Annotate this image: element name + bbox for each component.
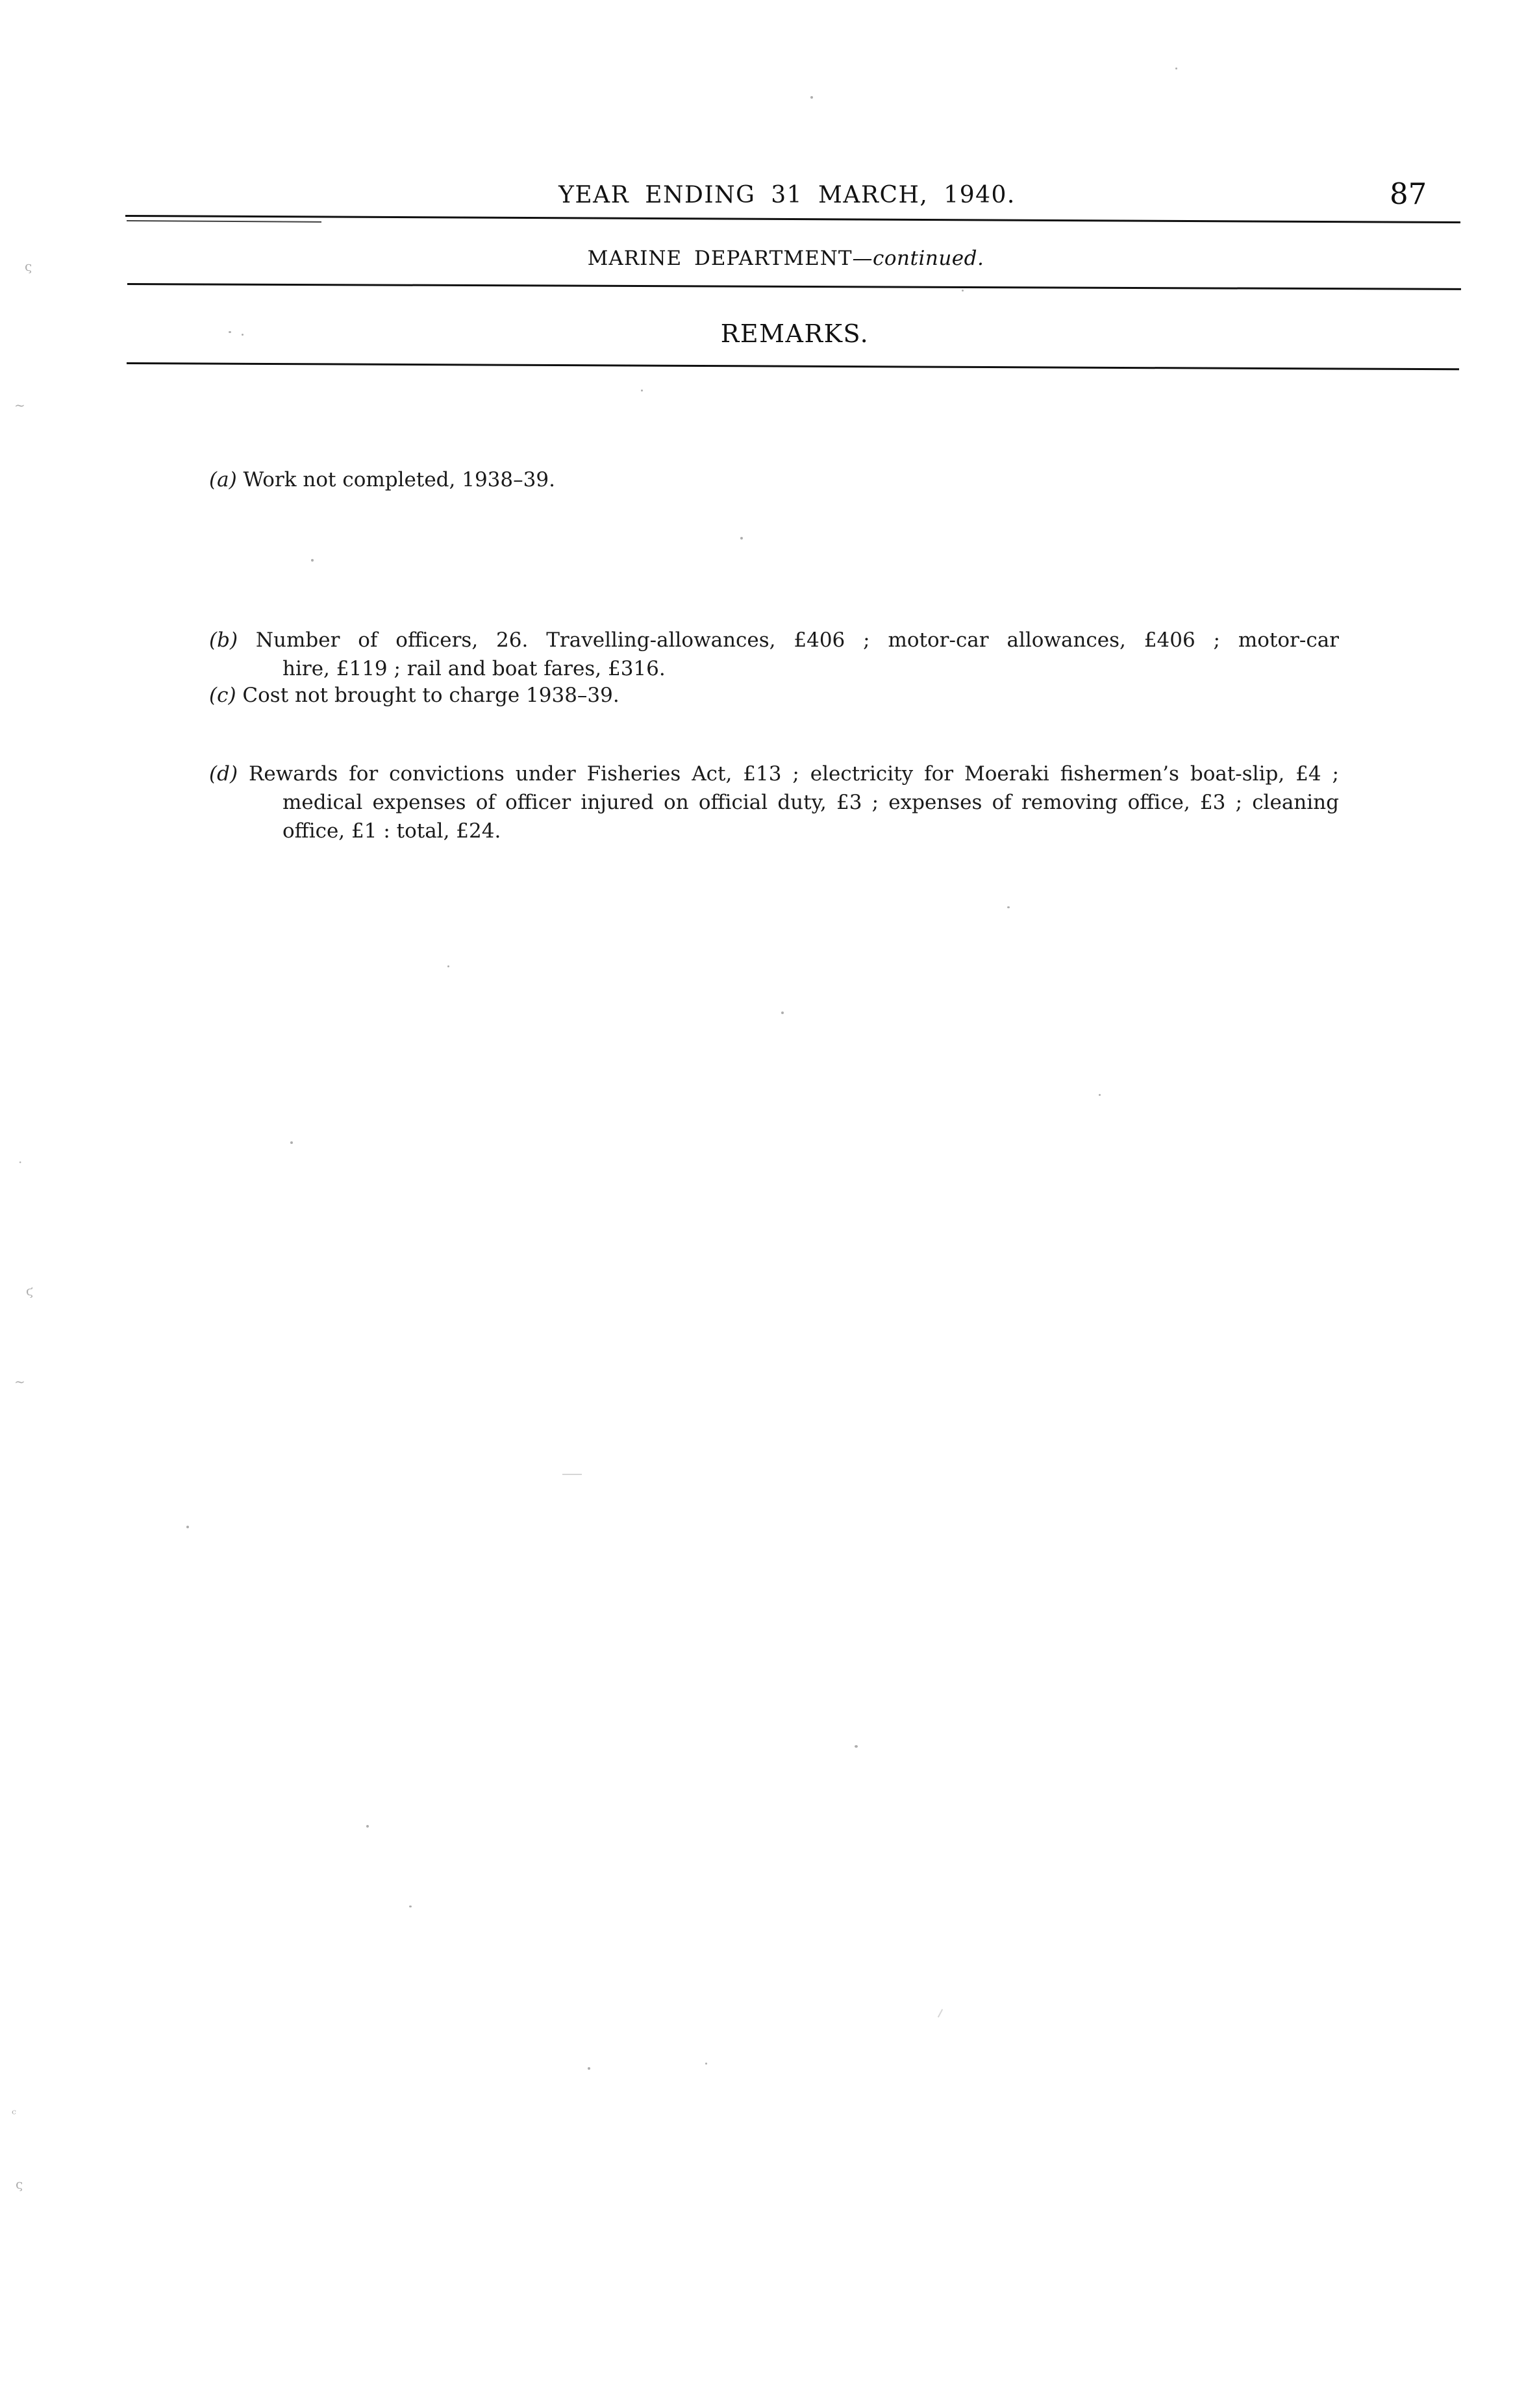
divider-rule-top-echo bbox=[127, 220, 321, 223]
remark-d: (d) Rewards for convictions under Fisher… bbox=[209, 760, 1339, 845]
section-heading: REMARKS. bbox=[64, 319, 1526, 348]
department-heading-text: MARINE DEPARTMENT bbox=[588, 247, 853, 270]
remark-b-label: (b) bbox=[209, 628, 238, 652]
document-page: YEAR ENDING 31 MARCH, 1940. 87 MARINE DE… bbox=[0, 0, 1526, 2408]
remark-a-line-1: (a) Work not completed, 1938–39. bbox=[209, 465, 1339, 494]
remark-a: (a) Work not completed, 1938–39. bbox=[209, 465, 1339, 494]
department-heading: MARINE DEPARTMENT—continued. bbox=[45, 247, 1526, 270]
remark-c: (c) Cost not brought to charge 1938–39. bbox=[209, 681, 1339, 710]
divider-rule-top bbox=[125, 215, 1460, 223]
remark-b-text-1: Number of officers, 26. Travelling-allow… bbox=[256, 628, 1339, 652]
remark-d-text-1: Rewards for convictions under Fisheries … bbox=[249, 762, 1339, 786]
page-number: 87 bbox=[1390, 177, 1427, 211]
remark-d-line-1: (d) Rewards for convictions under Fisher… bbox=[209, 760, 1339, 788]
remark-b: (b) Number of officers, 26. Travelling-a… bbox=[209, 626, 1339, 683]
divider-rule-bottom bbox=[127, 362, 1459, 370]
department-continued-text: —continued. bbox=[853, 247, 984, 270]
remark-c-text: Cost not brought to charge 1938–39. bbox=[242, 684, 619, 707]
page-title: YEAR ENDING 31 MARCH, 1940. bbox=[48, 182, 1526, 208]
remark-b-line-1: (b) Number of officers, 26. Travelling-a… bbox=[209, 626, 1339, 654]
remark-d-label: (d) bbox=[209, 762, 238, 786]
remark-d-line-2: medical expenses of officer injured on o… bbox=[282, 788, 1339, 817]
remark-c-line-1: (c) Cost not brought to charge 1938–39. bbox=[209, 681, 1339, 710]
remark-c-label: (c) bbox=[209, 684, 236, 707]
divider-rule-middle bbox=[127, 283, 1461, 290]
remark-d-line-3: office, £1 : total, £24. bbox=[282, 817, 1339, 845]
remark-a-label: (a) bbox=[209, 468, 237, 491]
remark-b-line-2: hire, £119 ; rail and boat fares, £316. bbox=[282, 654, 1339, 683]
remark-a-text: Work not completed, 1938–39. bbox=[244, 468, 555, 491]
